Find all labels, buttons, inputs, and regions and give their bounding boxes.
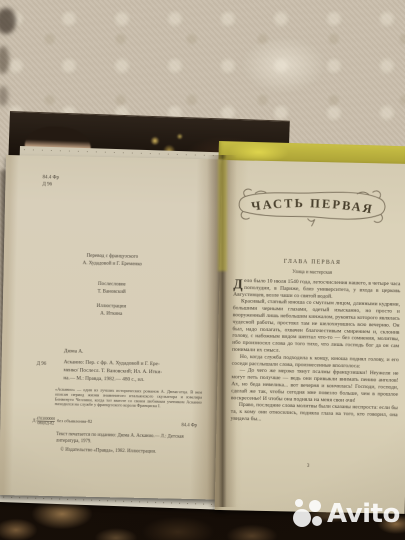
chapter-heading: ГЛАВА ПЕРВАЯ <box>227 257 398 267</box>
catalog-entry: Асканио: Пер. с фр. А. Худадовой и Г. Ер… <box>63 358 206 385</box>
afterword-block: Послесловие Т. Вановский <box>3 278 220 298</box>
left-page: 84.4 Фр Д 96 Перевод с французского А. Х… <box>0 155 223 499</box>
udc-number-line: Д4703000000080(02)-82без объявления-82 <box>32 417 92 426</box>
avito-watermark: Avito <box>291 497 400 531</box>
udc-suffix: без объявления-82 <box>57 418 92 424</box>
udc-fraction: 4703000000080(02)-82 <box>36 417 55 425</box>
catalog-entry-line: на.— М.: Правда, 1982.— 480 с., ил. <box>63 374 206 385</box>
translation-block: Перевод с французского А. Худадовой и Г.… <box>4 250 221 270</box>
bbk-code-bottom: 84.4 Фр <box>181 423 197 428</box>
paragraph-text: ело было 10 июля 1540 года, летосчислени… <box>233 277 400 299</box>
copyright-line: © Издательство «Правда», 1982. Иллюстрац… <box>0 446 217 456</box>
paragraph-text: Красивый, статный юноша со смуглым лицом… <box>232 298 400 353</box>
avito-logo-icon <box>291 497 327 531</box>
paragraph-text: Но, когда служба подходила к концу, юнош… <box>232 353 399 368</box>
author-mark: Д 96 <box>42 181 59 188</box>
udc-denominator: 080(02)-82 <box>37 421 54 426</box>
avito-watermark-text: Avito <box>327 498 400 530</box>
paragraph-text: Право, последние слова молитвы были сказ… <box>231 402 398 422</box>
part-banner: ЧАСТЬ ПЕРВАЯ <box>233 182 392 229</box>
right-page: ЧАСТЬ ПЕРВАЯ ГЛАВА ПЕРВАЯ Улица и мастер… <box>215 160 405 514</box>
udc-prefix: Д <box>32 418 35 423</box>
catalog-mark: Д 96 <box>37 361 47 367</box>
body-paragraph: Красивый, статный юноша со смуглым лицом… <box>232 298 400 357</box>
part-banner-text: ЧАСТЬ ПЕРВАЯ <box>250 195 375 217</box>
page-number: 3 <box>223 461 394 470</box>
book-photo-scene: 84.4 Фр Д 96 Перевод с французского А. Х… <box>0 0 405 540</box>
paragraph-text: — До чего же мерзко тянут псалмы француз… <box>231 367 399 403</box>
chapter-body: Дело было 10 июля 1540 года, летосчислен… <box>231 277 401 425</box>
body-paragraph: Право, последние слова молитвы были сказ… <box>231 401 398 425</box>
annotation-text: «Асканио» — один из лучших исторических … <box>55 387 202 410</box>
svg-text:ЧАСТЬ ПЕРВАЯ: ЧАСТЬ ПЕРВАЯ <box>250 195 375 217</box>
chapter-subtitle: Улица и мастерская <box>227 268 398 277</box>
library-codes: 84.4 Фр Д 96 <box>42 174 59 188</box>
catalog-author: Дюма А. <box>64 348 84 354</box>
body-paragraph: — До чего же мерзко тянут псалмы француз… <box>231 367 399 405</box>
drop-cap: Д <box>233 277 244 290</box>
source-note: Текст печатается по изданию: Дюма А. Аск… <box>56 431 207 447</box>
illustrations-block: Иллюстрации А. Иткина <box>3 300 220 320</box>
banner-ornament-icon: ЧАСТЬ ПЕРВАЯ <box>233 182 392 229</box>
